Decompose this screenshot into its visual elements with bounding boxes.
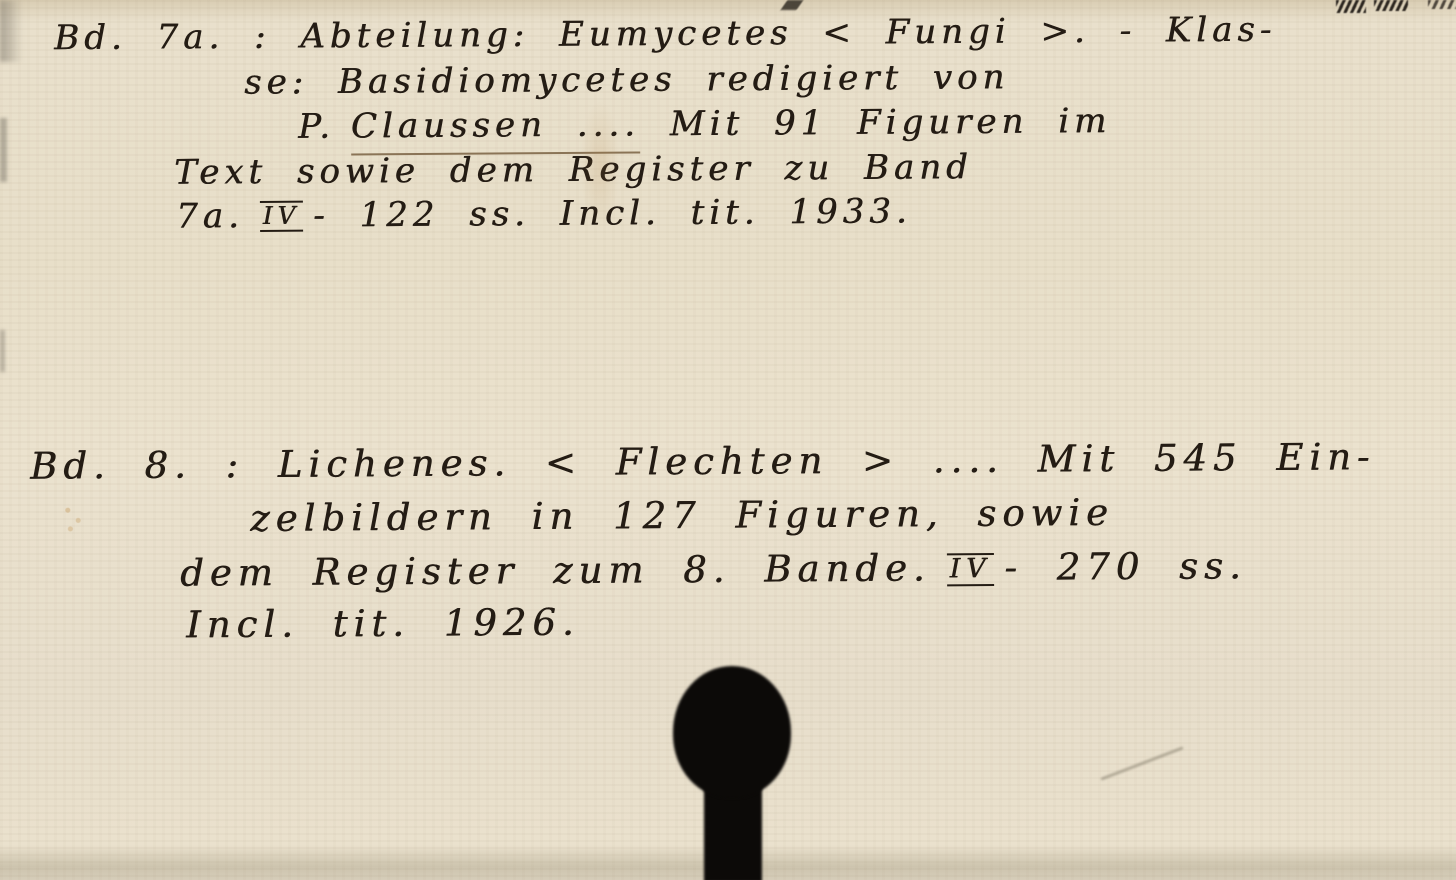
hatch-mark-top-right-2 (1374, 0, 1408, 11)
pencil-scratch-bottom-right (1100, 746, 1183, 780)
entry-bd7a-line-5: 7a.IV- 122 ss. Incl. tit. 1933. (176, 191, 912, 236)
catalog-card: Bd. 7a. : Abteilung: Eumycetes < Fungi >… (0, 0, 1456, 880)
hatch-mark-top-right-3 (1428, 0, 1456, 9)
author-name-underlined: Claussen .... (351, 104, 640, 155)
entry-bd8-line-1: Bd. 8. : Lichenes. < Flechten > .... Mit… (30, 435, 1376, 487)
entry-bd8-line-3: dem Register zum 8. Bande.IV- 270 ss. (180, 544, 1247, 594)
scan-edge-shadow-top-left (0, 0, 22, 62)
entry-bd7a-line-4: Text sowie dem Register zu Band (174, 147, 973, 193)
entry-bd8-line-2: zelbildern in 127 Figuren, sowie (250, 491, 1114, 540)
entry-bd7a-volume-ref: 7a. (176, 196, 244, 236)
entry-bd8-line-4: Incl. tit. 1926. (186, 601, 580, 647)
entry-bd8-line-3-rest: - 270 ss. (1004, 544, 1247, 589)
author-initial: P. (298, 107, 335, 147)
entry-bd7a-line-3-rest: Mit 91 Figuren im (669, 101, 1111, 144)
entry-bd7a-line-1: Bd. 7a. : Abteilung: Eumycetes < Fungi >… (54, 10, 1276, 59)
entry-bd8-register-ref: dem Register zum 8. Bande. (180, 546, 931, 594)
foxing-spots-left (60, 500, 86, 534)
hatch-mark-top-right-1 (1336, 0, 1366, 13)
entry-bd7a-line-3: P.Claussen .... Mit 91 Figuren im (298, 101, 1111, 147)
scan-edge-mark-left-upper (0, 118, 7, 182)
roman-numeral-pagination: IV (260, 201, 304, 232)
punch-hole (673, 666, 791, 798)
ink-mark-top-center (780, 0, 803, 10)
roman-numeral-pagination: IV (946, 553, 994, 586)
entry-bd7a-line-5-rest: - 122 ss. Incl. tit. 1933. (313, 191, 912, 235)
scan-edge-mark-left-lower (0, 330, 5, 372)
entry-bd7a-line-2: se: Basidiomycetes redigiert von (244, 57, 1010, 102)
